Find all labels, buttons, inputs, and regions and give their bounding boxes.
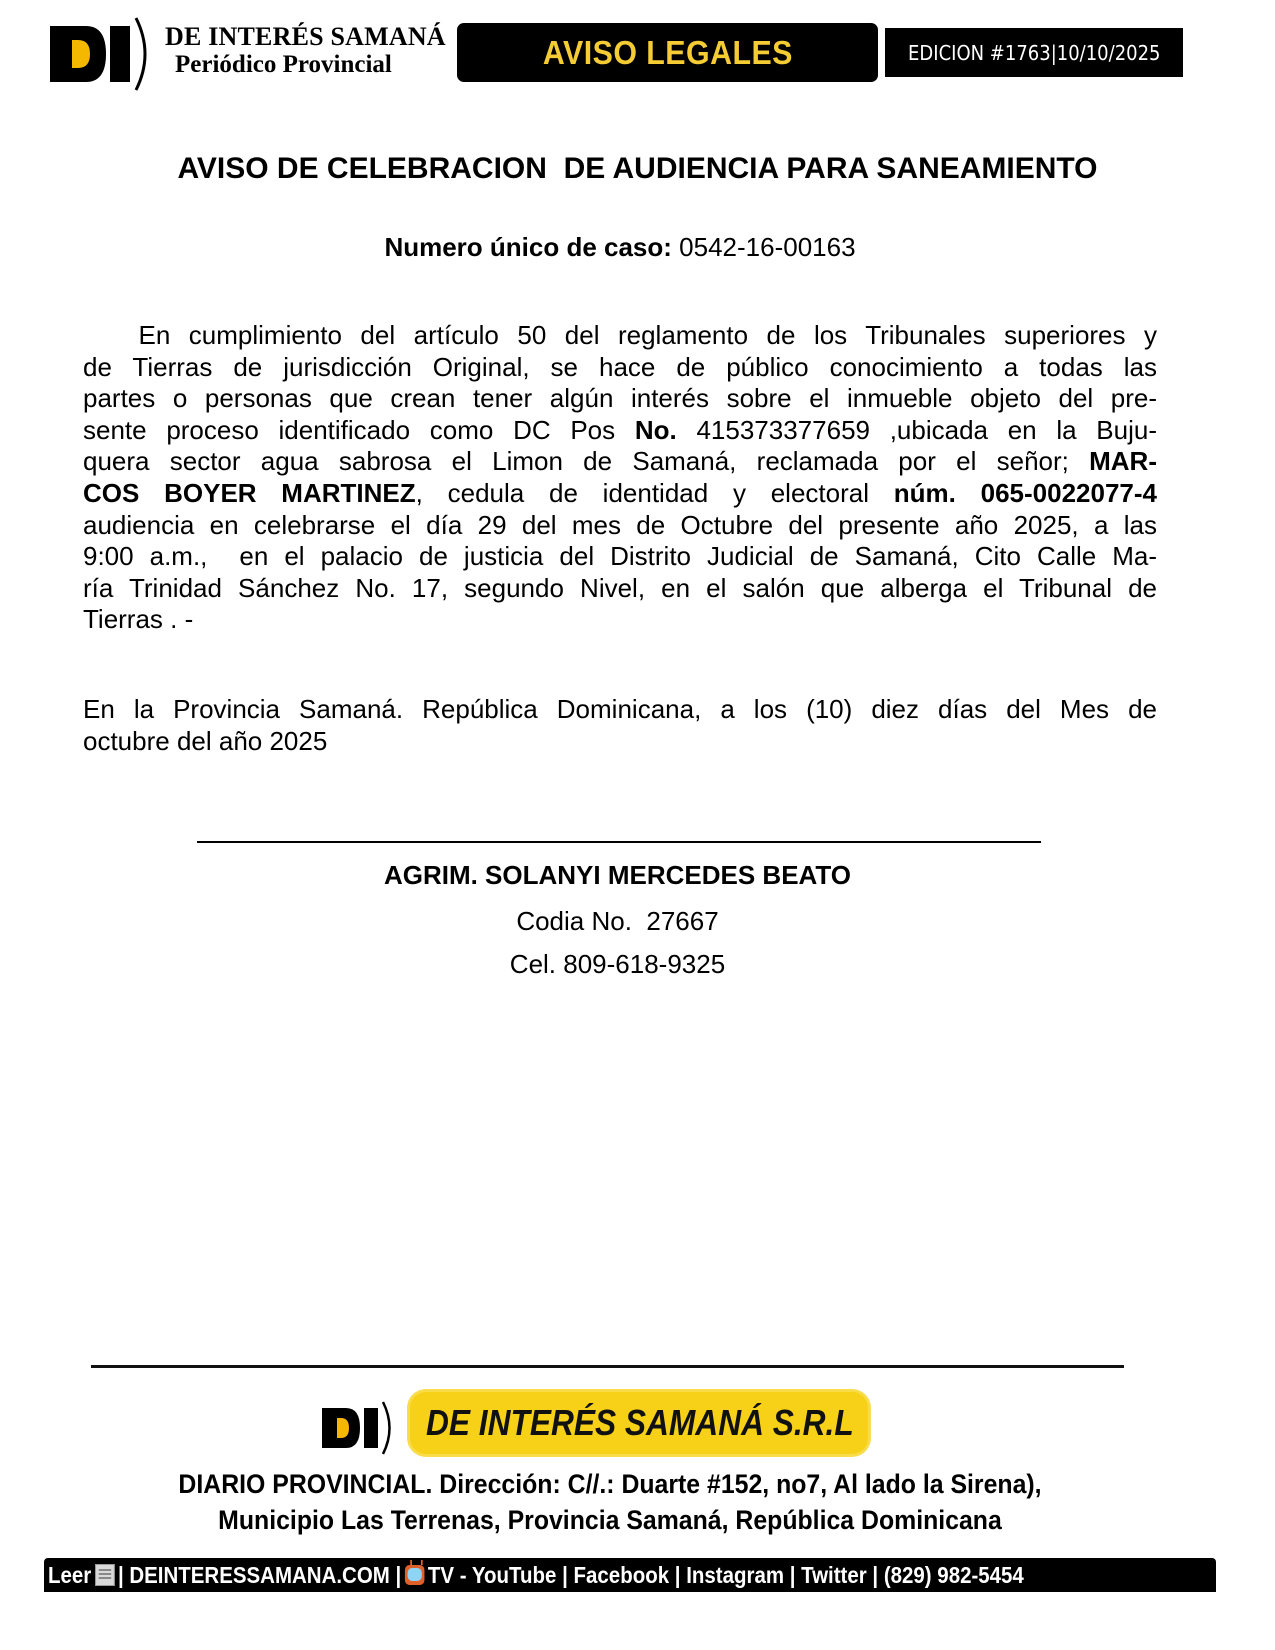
- television-icon: [405, 1565, 425, 1585]
- brand-subtitle: Periódico Provincial: [165, 52, 446, 77]
- phone-number: (829) 982-5454: [884, 1562, 1024, 1589]
- paragraph-line: En cumplimiento del artículo 50 del regl…: [83, 320, 1157, 352]
- emphasized-text: No.: [635, 415, 677, 445]
- codia-number: Codia No. 27667: [0, 906, 1235, 937]
- paragraph-line: COS BOYER MARTINEZ, cedula de identidad …: [83, 478, 1157, 510]
- youtube-link[interactable]: TV - YouTube: [428, 1562, 557, 1589]
- paragraph-line: ría Trinidad Sánchez No. 17, segundo Niv…: [83, 573, 1157, 605]
- closing-line: En la Provincia Samaná. República Domini…: [83, 694, 1157, 726]
- separator: |: [675, 1562, 681, 1589]
- separator: |: [395, 1562, 401, 1589]
- notice-paragraph: En cumplimiento del artículo 50 del regl…: [83, 320, 1157, 636]
- cell-phone: Cel. 809-618-9325: [0, 949, 1235, 980]
- closing-paragraph: En la Provincia Samaná. República Domini…: [83, 694, 1157, 757]
- text-run: En cumplimiento del artículo 50 del regl…: [83, 320, 1157, 350]
- instagram-link[interactable]: Instagram: [686, 1562, 784, 1589]
- paragraph-line: sente proceso identificado como DC Pos N…: [83, 415, 1157, 447]
- text-run: , cedula de identidad y electoral: [416, 478, 894, 508]
- paragraph-line: partes o personas que crean tener algún …: [83, 383, 1157, 415]
- emphasized-text: MAR-: [1089, 446, 1157, 476]
- text-run: Tierras . -: [83, 604, 193, 634]
- twitter-link[interactable]: Twitter: [801, 1562, 867, 1589]
- notice-title: AVISO DE CELEBRACION DE AUDIENCIA PARA S…: [0, 152, 1275, 186]
- footer-divider: [91, 1365, 1124, 1368]
- signatory-name: AGRIM. SOLANYI MERCEDES BEATO: [0, 860, 1235, 891]
- case-number-value: 0542-16-00163: [672, 232, 856, 262]
- text-run: 415373377659 ,ubicada en la Buju-: [677, 415, 1157, 445]
- separator: |: [562, 1562, 568, 1589]
- facebook-link[interactable]: Facebook: [574, 1562, 670, 1589]
- text-run: de Tierras de jurisdicción Original, se …: [83, 352, 1157, 382]
- address-line: DIARIO PROVINCIAL. Dirección: C//.: Duar…: [49, 1469, 1171, 1500]
- text-run: sente proceso identificado como DC Pos: [83, 415, 635, 445]
- di-logo-icon: [48, 16, 158, 92]
- separator: |: [872, 1562, 878, 1589]
- text-run: audiencia en celebrarse el día 29 del me…: [83, 510, 1157, 540]
- edition-box: EDICION #1763|10/10/2025: [885, 28, 1183, 77]
- text-run: 9:00 a.m., en el palacio de justicia del…: [83, 541, 1157, 571]
- separator: |: [118, 1562, 124, 1589]
- text-run: ría Trinidad Sánchez No. 17, segundo Niv…: [83, 573, 1157, 603]
- newspaper-icon: [95, 1564, 115, 1586]
- footer-company-badge: DE INTERÉS SAMANÁ S.R.L: [410, 1392, 868, 1454]
- edition-label: EDICION #1763|10/10/2025: [908, 41, 1160, 65]
- brand-title: DE INTERÉS SAMANÁ: [165, 24, 446, 50]
- di-logo-icon: [320, 1400, 398, 1456]
- case-number-line: Numero único de caso: 0542-16-00163: [0, 232, 1240, 263]
- section-label-box: AVISO LEGALES: [457, 23, 878, 82]
- section-label: AVISO LEGALES: [542, 34, 792, 72]
- masthead-brand: DE INTERÉS SAMANÁ Periódico Provincial: [165, 24, 446, 77]
- paragraph-line: 9:00 a.m., en el palacio de justicia del…: [83, 541, 1157, 573]
- paragraph-line: audiencia en celebrarse el día 29 del me…: [83, 510, 1157, 542]
- emphasized-text: COS BOYER MARTINEZ: [83, 478, 416, 508]
- contact-bar: Leer | DEINTERESSAMANA.COM | TV - YouTub…: [44, 1558, 1216, 1592]
- paragraph-line: Tierras . -: [83, 604, 1157, 636]
- text-run: partes o personas que crean tener algún …: [83, 383, 1157, 413]
- footer-company-name: DE INTERÉS SAMANÁ S.R.L: [426, 1402, 854, 1444]
- paragraph-line: de Tierras de jurisdicción Original, se …: [83, 352, 1157, 384]
- website-link[interactable]: DEINTERESSAMANA.COM: [129, 1562, 389, 1589]
- case-number-label: Numero único de caso:: [384, 232, 672, 262]
- signature-line: [197, 841, 1041, 843]
- address-line: Municipio Las Terrenas, Provincia Samaná…: [49, 1505, 1171, 1536]
- closing-line: octubre del año 2025: [83, 726, 1157, 758]
- read-label: Leer: [48, 1562, 91, 1589]
- text-run: quera sector agua sabrosa el Limon de Sa…: [83, 446, 1089, 476]
- paragraph-line: quera sector agua sabrosa el Limon de Sa…: [83, 446, 1157, 478]
- separator: |: [790, 1562, 796, 1589]
- emphasized-text: núm. 065-0022077-4: [894, 478, 1157, 508]
